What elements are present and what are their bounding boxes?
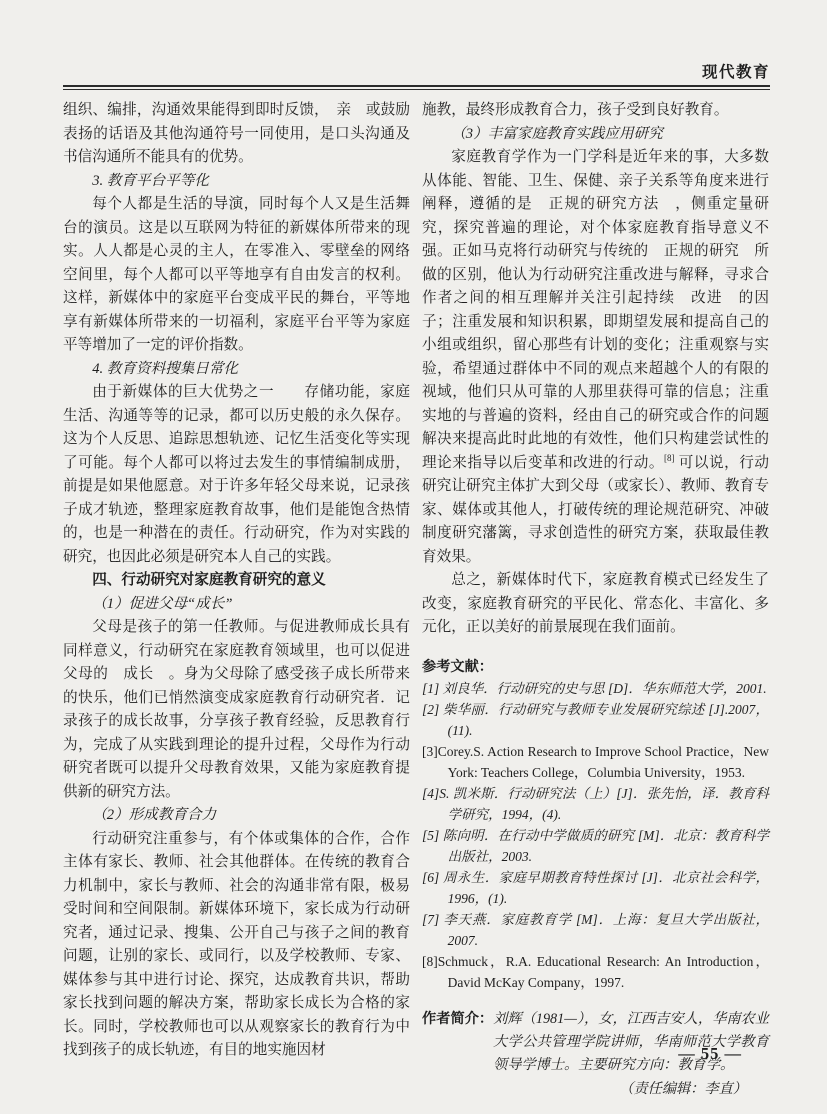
references-heading: 参考文献：	[422, 656, 769, 678]
paragraph-education-synergy: 行动研究注重参与，有个体或集体的合作，合作主体有家长、教师、社会其他群体。在传统…	[63, 828, 410, 1063]
reference-item-3: [3]Corey.S. Action Research to Improve S…	[422, 741, 769, 783]
citation-superscript-8: [8]	[664, 453, 675, 463]
reference-item-2: [2] 柴华丽．行动研究与教师专业发展研究综述 [J].2007，(11).	[422, 699, 769, 741]
subheading-sub2: （2）形成教育合力	[63, 804, 410, 828]
editor-note: （责任编辑：李直）	[422, 1078, 769, 1101]
page-number: — 55 —	[678, 1044, 742, 1064]
paragraph-continuation: 组织、编排，沟通效果能得到即时反馈， 亲 或鼓励表扬的话语及其他沟通符号一同使用…	[63, 99, 410, 170]
paragraph-continuation-right: 施教，最终形成教育合力，孩子受到良好教育。	[422, 99, 769, 123]
paragraph-platform-equality: 每个人都是生活的导演，同时每个人又是生活舞台的演员。这是以互联网为特征的新媒体所…	[63, 193, 410, 358]
reference-item-1: [1] 刘良华．行动研究的史与思 [D]．华东师范大学，2001.	[422, 678, 769, 699]
subheading-4: 4. 教育资料搜集日常化	[63, 358, 410, 382]
reference-item-8: [8]Schmuck，R.A. Educational Research: An…	[422, 951, 769, 993]
paragraph-text-before-citation: 家庭教育学作为一门学科是近年来的事，大多数从体能、智能、卫生、保健、亲子关系等角…	[422, 149, 769, 471]
paragraph-text-after-citation: 可以说，行动研究让研究主体扩大到父母（或家长）、教师、教育专家、媒体或其他人，打…	[422, 455, 769, 565]
reference-item-5: [5] 陈向明．在行动中学做质的研究 [M]．北京：教育科学出版社，2003.	[422, 825, 769, 867]
subheading-sub1: （1）促进父母“成长”	[63, 593, 410, 617]
reference-item-6: [6] 周永生．家庭早期教育特性探讨 [J]．北京社会科学，1996，(1).	[422, 867, 769, 909]
subheading-3: 3. 教育平台平等化	[63, 170, 410, 194]
journal-page: 现代教育 组织、编排，沟通效果能得到即时反馈， 亲 或鼓励表扬的话语及其他沟通符…	[0, 0, 827, 1114]
page-content: 现代教育 组织、编排，沟通效果能得到即时反馈， 亲 或鼓励表扬的话语及其他沟通符…	[63, 60, 770, 1101]
paragraph-research-enrichment: 家庭教育学作为一门学科是近年来的事，大多数从体能、智能、卫生、保健、亲子关系等角…	[422, 146, 769, 569]
reference-item-7: [7] 李天燕．家庭教育学 [M]．上海：复旦大学出版社，2007.	[422, 909, 769, 951]
right-column: 施教，最终形成教育合力，孩子受到良好教育。 （3）丰富家庭教育实践应用研究 家庭…	[422, 99, 769, 1101]
author-bio-label: 作者简介：	[422, 1011, 493, 1027]
paragraph-data-collection: 由于新媒体的巨大优势之一 存储功能，家庭生活、沟通等等的记录，都可以历史般的永久…	[63, 381, 410, 569]
section-4-heading: 四、行动研究对家庭教育研究的意义	[63, 569, 410, 593]
reference-item-4: [4]S. 凯米斯．行动研究法（上）[J]．张先怡，译．教育科学研究，1994，…	[422, 783, 769, 825]
left-column: 组织、编排，沟通效果能得到即时反馈， 亲 或鼓励表扬的话语及其他沟通符号一同使用…	[63, 99, 410, 1101]
header-double-rule	[63, 85, 770, 90]
journal-title: 现代教育	[702, 64, 770, 81]
two-column-body: 组织、编排，沟通效果能得到即时反馈， 亲 或鼓励表扬的话语及其他沟通符号一同使用…	[63, 99, 770, 1101]
page-header: 现代教育	[63, 60, 770, 82]
paragraph-parent-growth: 父母是孩子的第一任教师。与促进教师成长具有同样意义，行动研究在家庭教育领域里，也…	[63, 616, 410, 804]
paragraph-summary: 总之，新媒体时代下，家庭教育模式已经发生了改变，家庭教育研究的平民化、常态化、丰…	[422, 569, 769, 640]
author-bio: 作者简介：刘辉（1981—），女，江西吉安人，华南农业大学公共管理学院讲师，华南…	[422, 1008, 769, 1077]
subheading-sub3: （3）丰富家庭教育实践应用研究	[422, 123, 769, 147]
